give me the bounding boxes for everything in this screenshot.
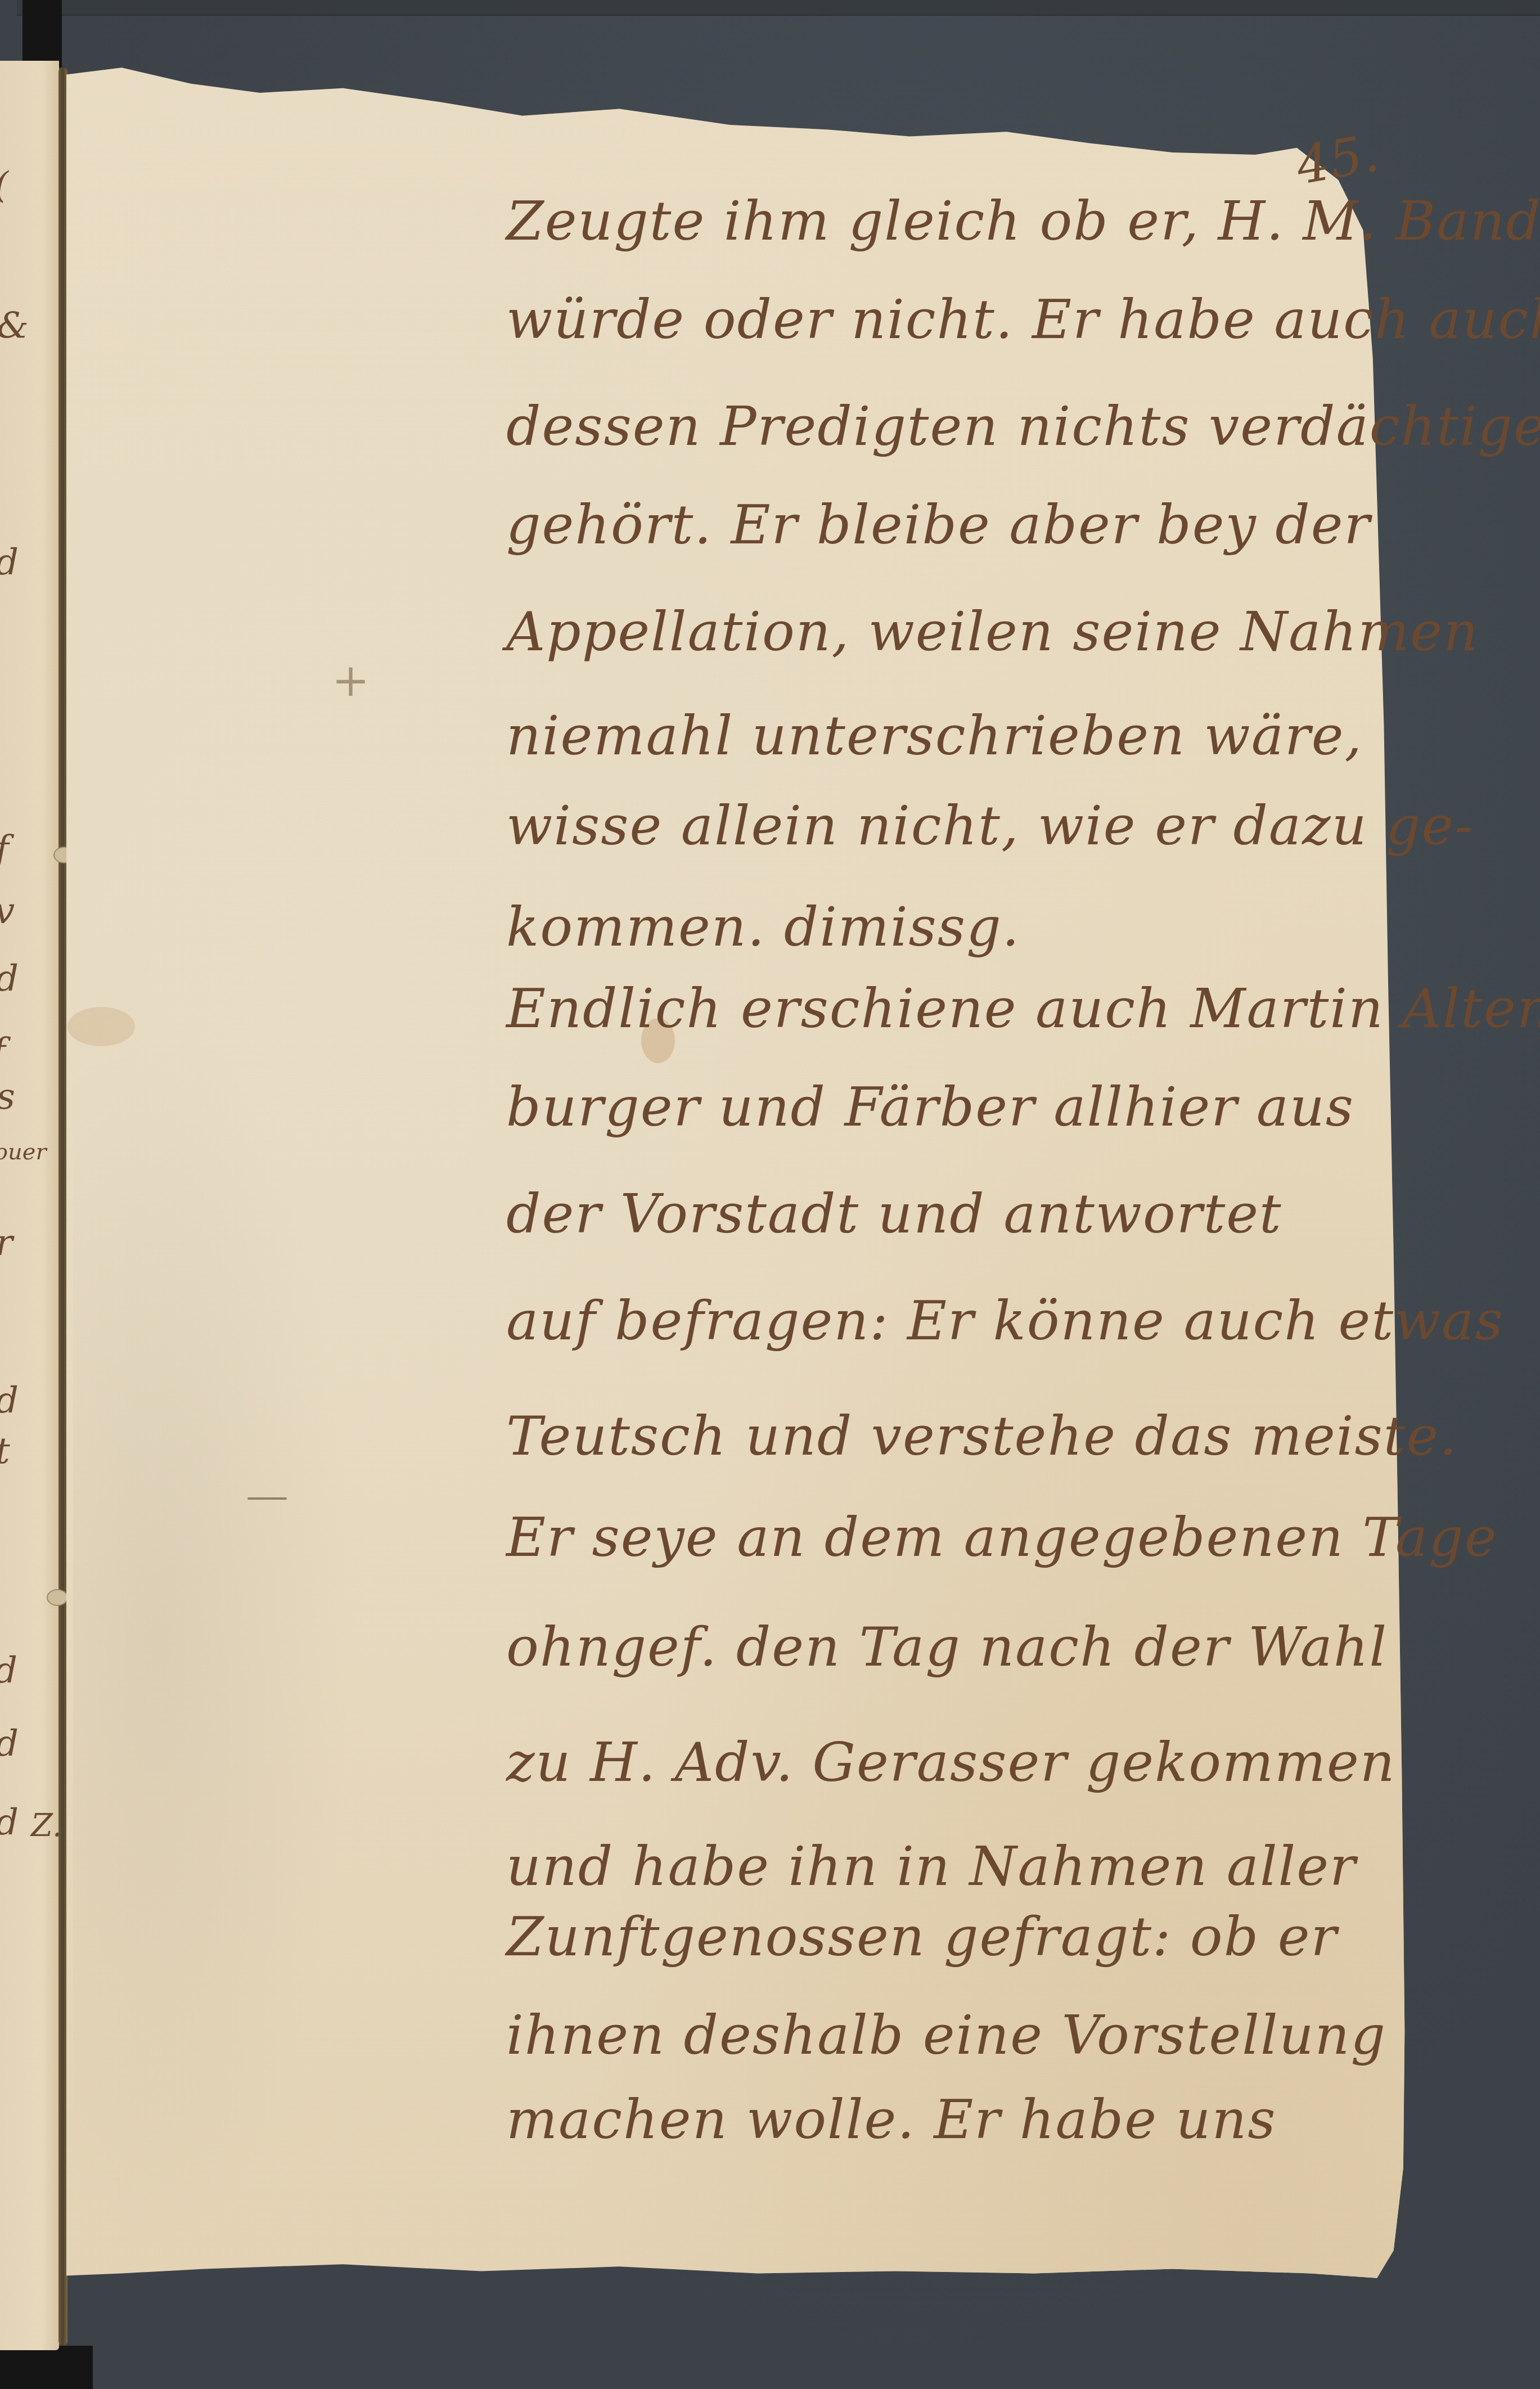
- text-line: wisse allein nicht, wie er dazu ge-: [506, 799, 1474, 853]
- left-page-fragment: s: [0, 1079, 15, 1115]
- book-gutter: [58, 68, 67, 2346]
- left-page-fragment: d: [0, 1805, 19, 1841]
- paper-fold-shadow: [73, 1013, 354, 2250]
- left-page-fragment: &: [0, 308, 29, 344]
- left-page-fragment: f: [0, 831, 9, 867]
- left-page-fragment: r: [0, 1225, 13, 1261]
- text-line: der Vorstadt und antwortet: [506, 1187, 1282, 1241]
- text-line: ihnen deshalb eine Vorstellung: [506, 2008, 1386, 2062]
- text-line: machen wolle. Er habe uns: [506, 2093, 1276, 2147]
- text-line: würde oder nicht. Er habe auch auch: [506, 293, 1540, 347]
- left-page-fragment: (: [0, 168, 8, 204]
- ink-stain: [67, 1007, 135, 1046]
- text-line: kommen. dimissg.: [506, 900, 1020, 954]
- text-line: zu H. Adv. Gerasser gekommen: [506, 1735, 1396, 1789]
- text-line: Zunftgenossen gefragt: ob er: [506, 1910, 1338, 1964]
- backing-top-band: [17, 0, 1540, 16]
- text-line: Appellation, weilen seine Nahmen: [506, 605, 1479, 659]
- left-page-fragment: d: [0, 1726, 19, 1762]
- text-line: Teutsch und verstehe das meiste.: [506, 1409, 1458, 1463]
- left-page-fragment: f: [0, 1034, 6, 1070]
- left-page-fragment: d: [0, 1383, 19, 1419]
- cross-mark: +: [332, 658, 370, 703]
- margin-dash-mark: [247, 1497, 287, 1500]
- left-page-fragment: d: [0, 1653, 17, 1689]
- text-line: dessen Predigten nichts verdächtiges: [506, 399, 1540, 453]
- left-page-fragment: d: [0, 545, 19, 581]
- text-line: niemahl unterschrieben wäre,: [506, 709, 1363, 763]
- left-page-fragment: v: [0, 893, 15, 929]
- left-page-fragment: t: [0, 1433, 10, 1469]
- sewing-thread-knot: [47, 1589, 68, 1606]
- text-line: burger und Färber allhier aus: [506, 1080, 1354, 1134]
- binding-spine-bottom: [0, 2346, 93, 2389]
- left-page-fragment: d: [0, 961, 19, 997]
- text-line: Endlich erschiene auch Martin Alten: [506, 982, 1540, 1036]
- text-line: Zeugte ihm gleich ob er, H. M. Bandroo: [506, 194, 1540, 248]
- text-line: ohngef. den Tag nach der Wahl: [506, 1620, 1388, 1674]
- text-line: auf befragen: Er könne auch etwas: [506, 1294, 1504, 1348]
- left-page-fragment: Z.: [31, 1810, 62, 1842]
- text-line: gehört. Er bleibe aber bey der: [506, 498, 1371, 552]
- text-line: Er seye an dem angegebenen Tage: [506, 1510, 1497, 1564]
- binding-spine-top: [22, 0, 62, 68]
- text-line: und habe ihn in Nahmen aller: [506, 1839, 1357, 1893]
- previous-page-strip: ( & d f v d f s ouer r d t d d d Z.: [0, 61, 59, 2350]
- left-page-fragment: ouer: [0, 1141, 47, 1163]
